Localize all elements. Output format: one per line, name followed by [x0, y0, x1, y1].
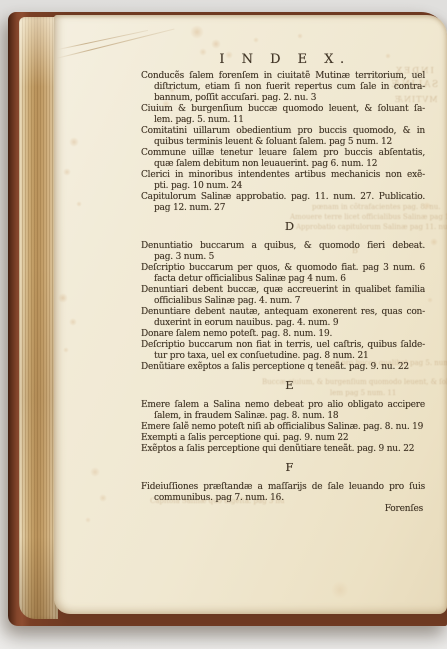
index-entry-line: Capitulorum Salinæ approbatio. pag. 11. …: [141, 192, 425, 203]
index-entry-line: Emere ſalẽ nemo poteſt niſi ab officiali…: [141, 422, 425, 433]
index-entry-line: Deſcriptio buccarum per quos, & quomodo …: [141, 263, 425, 274]
index-entry-line: Exempti a ſalis perceptione qui. pag. 9.…: [141, 433, 425, 444]
index-entry-line: Emere ſalem a Salina nemo debeat pro ali…: [141, 400, 425, 411]
index-entry: Exẽptos a ſalis perceptione qui denũtiar…: [141, 444, 425, 455]
index-entry-line: Donare ſalem nemo poteſt. pag. 8. num. 1…: [141, 329, 425, 340]
index-entry-line: Denũtiare exẽptos a ſalis perceptione q …: [141, 362, 425, 373]
foxing-spot: [99, 494, 107, 502]
index-entry: Denũtiare exẽptos a ſalis perceptione q …: [141, 362, 425, 373]
section-letter-D: D: [155, 221, 425, 232]
index-entries: Conducẽs ſalem forenſem in ciuitatẽ Muti…: [141, 71, 425, 504]
index-entry-line: officialibus Salinæ pag. 4. num. 7: [141, 296, 425, 307]
index-entry: Denuntiari debent buccæ, quæ accreuerint…: [141, 285, 425, 307]
foxing-spot: [90, 467, 100, 477]
index-entry-line: Exẽptos a ſalis perceptione qui denũtiar…: [141, 444, 425, 455]
index-entry: Donare ſalem nemo poteſt. pag. 8. num. 1…: [141, 329, 425, 340]
foxing-spot: [190, 25, 204, 39]
index-entry-line: pti. pag. 10 num. 24: [141, 181, 425, 192]
foxing-spot: [85, 517, 91, 523]
index-entry-line: pag 12. num. 27: [141, 203, 425, 214]
index-entry-line: facta detur officialibus Salinæ pag 4 nu…: [141, 274, 425, 285]
index-entry-line: lem. pag. 5. num. 11: [141, 115, 425, 126]
index-entry-line: Fideiuſſiones præſtandæ a maſſarijs de ſ…: [141, 482, 425, 493]
index-entry-line: tur pro taxa, uel ex conſuetudine. pag. …: [141, 351, 425, 362]
foxing-spot: [427, 297, 433, 303]
foxing-spot: [253, 37, 259, 43]
index-entry: Deſcriptio buccarum per quos, & quomodo …: [141, 263, 425, 285]
index-entry: Fideiuſſiones præſtandæ a maſſarijs de ſ…: [141, 482, 425, 504]
index-page-text: I N D E X. Conducẽs ſalem forenſem in ci…: [141, 53, 425, 515]
foxing-spot: [331, 581, 349, 599]
foxing-spot: [430, 238, 438, 246]
foxing-spot: [69, 318, 77, 326]
index-entry-line: Denuntiatio buccarum a quibus, & quomodo…: [141, 241, 425, 252]
index-title: I N D E X.: [145, 53, 425, 66]
index-entry-line: Conducẽs ſalem forenſem in ciuitatẽ Muti…: [141, 71, 425, 82]
index-entry-line: pag. 3 num. 5: [141, 252, 425, 263]
index-entry-line: Denuntiare debent nautæ, antequam exoner…: [141, 307, 425, 318]
index-entry: Emere ſalem a Salina nemo debeat pro ali…: [141, 400, 425, 422]
foxing-spot: [63, 347, 69, 353]
index-entry: Denuntiatio buccarum a quibus, & quomodo…: [141, 241, 425, 263]
index-entry: Deſcriptio buccarum non fiat in terris, …: [141, 340, 425, 362]
index-entry: Conducẽs ſalem forenſem in ciuitatẽ Muti…: [141, 71, 425, 104]
index-entry: Emere ſalẽ nemo poteſt niſi ab officiali…: [141, 422, 425, 433]
index-entry-line: quæ ſalem debitum non leuauerint. pag 6.…: [141, 159, 425, 170]
index-entry-line: duxerint in eorum nauibus. pag. 4. num. …: [141, 318, 425, 329]
index-entry-line: ſalem, in fraudem Salinæ. pag. 8. num. 1…: [141, 411, 425, 422]
index-entry-line: Denuntiari debent buccæ, quæ accreuerint…: [141, 285, 425, 296]
foxing-spot: [76, 201, 82, 207]
index-entry-line: Ciuium & burgenſium buccæ quomodo leuent…: [141, 104, 425, 115]
foxing-spot: [211, 39, 221, 49]
foxing-spot: [297, 33, 303, 39]
index-entry-line: communibus. pag 7. num. 16.: [141, 493, 425, 504]
index-entry: Clerici in minoribus intendentes artibus…: [141, 170, 425, 192]
index-entry-line: Clerici in minoribus intendentes artibus…: [141, 170, 425, 181]
page-edges: [19, 17, 58, 619]
index-entry-line: quibus terminis leuent & ſoluant ſalem. …: [141, 137, 425, 148]
index-entry: Comitatini uillarum obedientium pro bucc…: [141, 126, 425, 148]
index-entry: Commune uillæ tenetur leuare ſalem pro b…: [141, 148, 425, 170]
index-entry: Denuntiare debent nautæ, antequam exoner…: [141, 307, 425, 329]
index-entry-line: bannum, poſſit accuſari. pag. 2. nu. 3: [141, 93, 425, 104]
index-entry-line: Commune uillæ tenetur leuare ſalem pro b…: [141, 148, 425, 159]
index-entry: Capitulorum Salinæ approbatio. pag. 11. …: [141, 192, 425, 214]
catchword: Forenſes: [141, 504, 425, 515]
foxing-spot: [58, 293, 68, 303]
foxing-spot: [63, 168, 71, 176]
section-letter-E: E: [155, 380, 425, 391]
index-entry: Ciuium & burgenſium buccæ quomodo leuent…: [141, 104, 425, 126]
book-photo: INDEXSALINÆMVTINÆpœnam in cõtrafacientes…: [0, 0, 447, 649]
index-entry-line: diſtrictum, etiam ſi non fuerit repertus…: [141, 82, 425, 93]
foxing-spot: [69, 137, 79, 147]
index-entry-line: Comitatini uillarum obedientium pro bucc…: [141, 126, 425, 137]
section-letter-F: F: [155, 462, 425, 473]
index-entry: Exempti a ſalis perceptione qui. pag. 9.…: [141, 433, 425, 444]
index-entry-line: Deſcriptio buccarum non fiat in terris, …: [141, 340, 425, 351]
